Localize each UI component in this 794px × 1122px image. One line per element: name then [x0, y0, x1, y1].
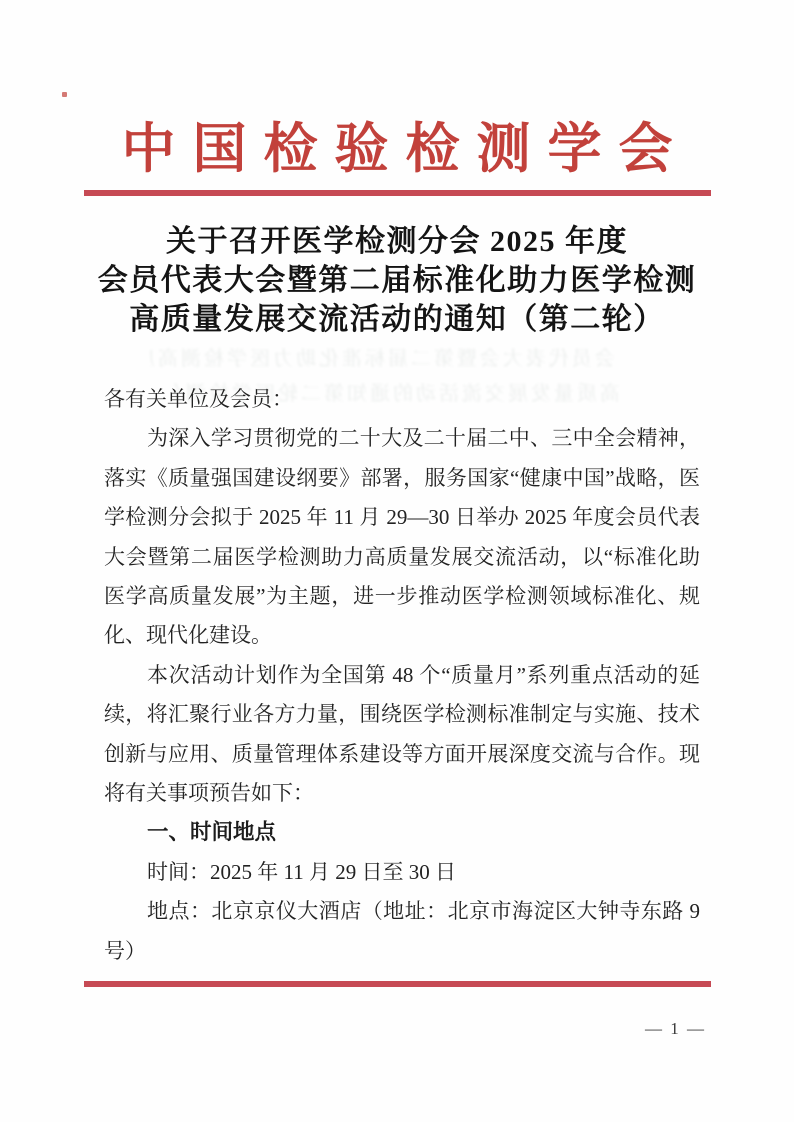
- body-text-line: 医学高质量发展”为主题，进一步推动医学检测领域标准化、规范: [104, 577, 700, 616]
- body-text-line: 创新与应用、质量管理体系建设等方面开展深度交流与合作。现: [104, 735, 700, 774]
- body-text-line: 落实《质量强国建设纲要》部署，服务国家“健康中国”战略，医: [104, 459, 700, 498]
- bleed-through-text: 会员代表大会暨第二届标准化助力医学检测高质量发展: [150, 342, 615, 371]
- notice-title-line-2: 会员代表大会暨第二届标准化助力医学检测: [0, 261, 794, 300]
- notice-title: 关于召开医学检测分会 2025 年度 会员代表大会暨第二届标准化助力医学检测 高…: [0, 222, 794, 339]
- body-text-line: 本次活动计划作为全国第 48 个“质量月”系列重点活动的延: [104, 656, 700, 695]
- place-line: 地点：北京京仪大酒店（地址：北京市海淀区大钟寺东路 9: [104, 892, 700, 931]
- notice-body: 各有关单位及会员： 为深入学习贯彻党的二十大及二十届二中、三中全会精神， 落实《…: [104, 380, 700, 971]
- letterhead-org-name: 中国检验检测学会: [0, 116, 794, 182]
- time-line: 时间：2025 年 11 月 29 日至 30 日: [104, 853, 700, 892]
- letterhead-divider-line: [84, 190, 711, 196]
- body-text-line: 续，将汇聚行业各方力量，围绕医学检测标准制定与实施、技术: [104, 695, 700, 734]
- notice-title-line-1: 关于召开医学检测分会 2025 年度: [0, 222, 794, 261]
- place-line: 号）: [104, 932, 700, 971]
- body-text-line: 化、现代化建设。: [104, 616, 700, 655]
- notice-title-line-3: 高质量发展交流活动的通知（第二轮）: [0, 300, 794, 339]
- page-number: — 1 —: [645, 1019, 706, 1039]
- body-text-line: 大会暨第二届医学检测助力高质量发展交流活动，以“标准化助力: [104, 538, 700, 577]
- body-text-line: 为深入学习贯彻党的二十大及二十届二中、三中全会精神，: [104, 419, 700, 458]
- salutation: 各有关单位及会员：: [104, 380, 700, 419]
- body-text-line: 将有关事项预告如下：: [104, 774, 700, 813]
- scanned-notice-page: 中国检验检测学会 关于召开医学检测分会 2025 年度 会员代表大会暨第二届标准…: [0, 0, 794, 1122]
- body-text-line: 学检测分会拟于 2025 年 11 月 29—30 日举办 2025 年度会员代…: [104, 498, 700, 537]
- section-heading-time-place: 一、时间地点: [104, 813, 700, 852]
- footer-divider-line: [84, 981, 711, 987]
- scan-artifact-speck: [62, 92, 67, 97]
